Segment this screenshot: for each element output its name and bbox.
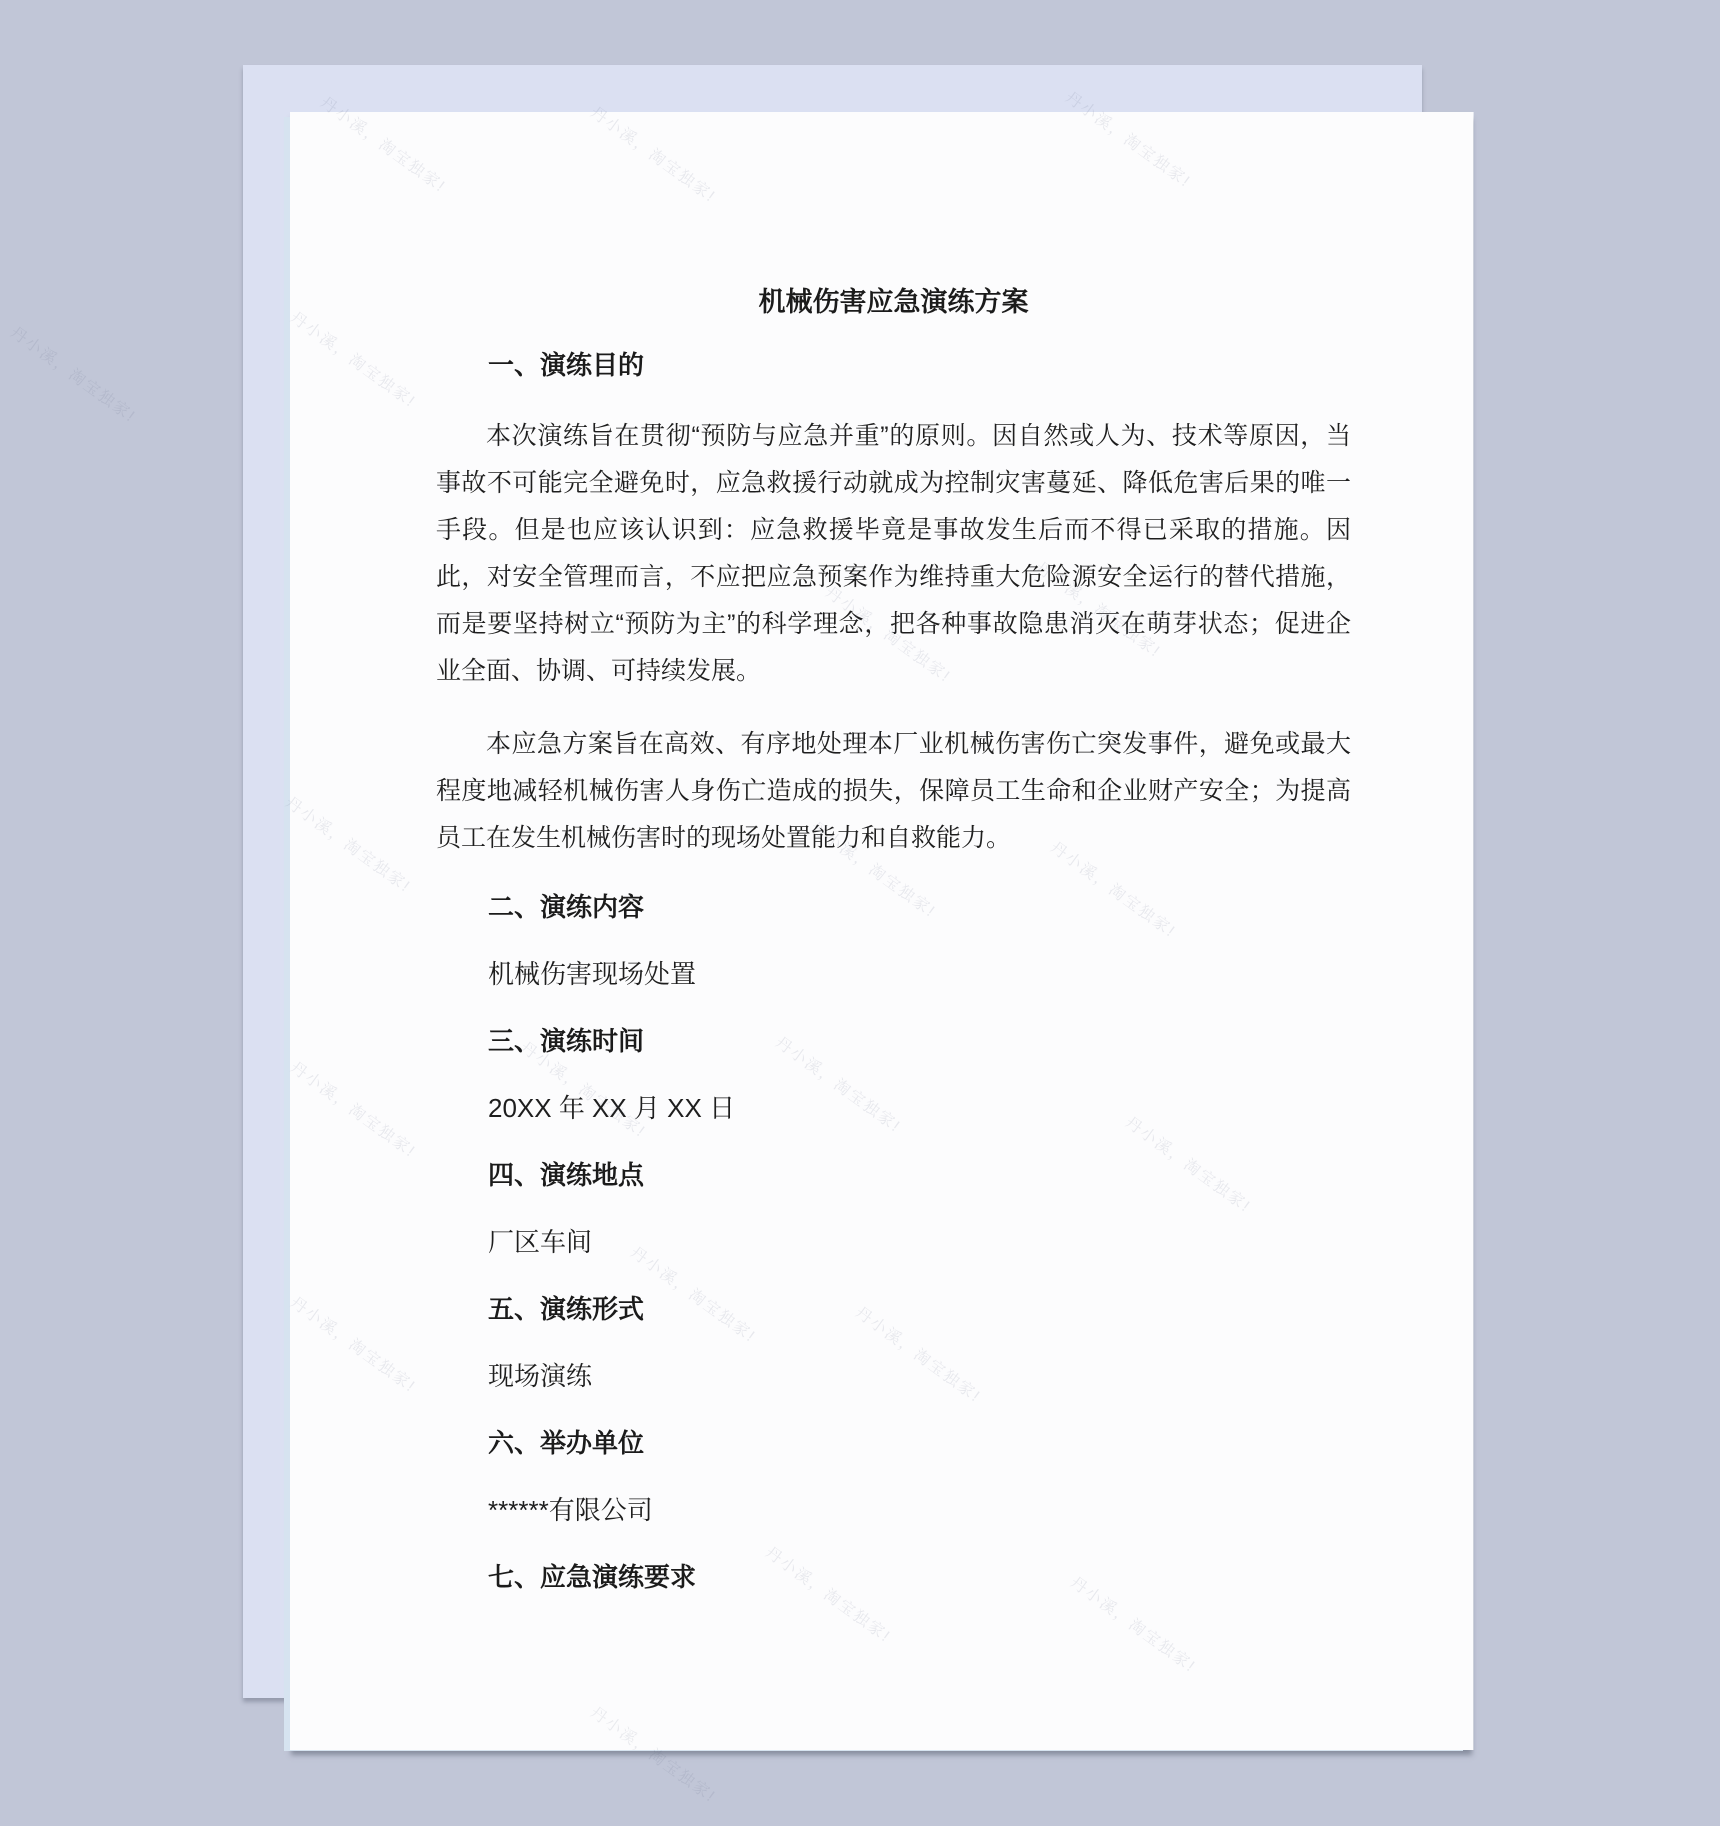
section-value-content: 机械伤害现场处置: [488, 952, 1351, 996]
section-heading-time: 三、演练时间: [488, 1019, 1351, 1063]
section-heading-purpose: 一、演练目的: [488, 345, 1351, 385]
section-heading-organizer: 六、举办单位: [488, 1421, 1351, 1465]
document-page: 机械伤害应急演练方案 一、演练目的 本次演练旨在贯彻“预防与应急并重”的原则。因…: [290, 112, 1473, 1750]
section-value-form: 现场演练: [488, 1354, 1351, 1398]
section-heading-place: 四、演练地点: [488, 1153, 1351, 1197]
section-value-time: 20XX 年 XX 月 XX 日: [488, 1086, 1351, 1130]
watermark: 丹小溪，淘宝独家!: [6, 320, 141, 427]
section-value-organizer: ******有限公司: [488, 1488, 1351, 1532]
section-heading-form: 五、演练形式: [488, 1287, 1351, 1331]
section-value-place: 厂区车间: [488, 1220, 1351, 1264]
paragraph-purpose-2: 本应急方案旨在高效、有序地处理本厂业机械伤害伤亡突发事件，避免或最大程度地减轻机…: [436, 721, 1351, 862]
document-title: 机械伤害应急演练方案: [436, 282, 1351, 322]
section-heading-requirements: 七、应急演练要求: [488, 1555, 1351, 1599]
desk-background: { "doc": { "title": "机械伤害应急演练方案", "water…: [0, 0, 1720, 1826]
paragraph-purpose-1: 本次演练旨在贯彻“预防与应急并重”的原则。因自然或人为、技术等原因，当事故不可能…: [436, 413, 1351, 695]
section-heading-content: 二、演练内容: [488, 885, 1351, 929]
